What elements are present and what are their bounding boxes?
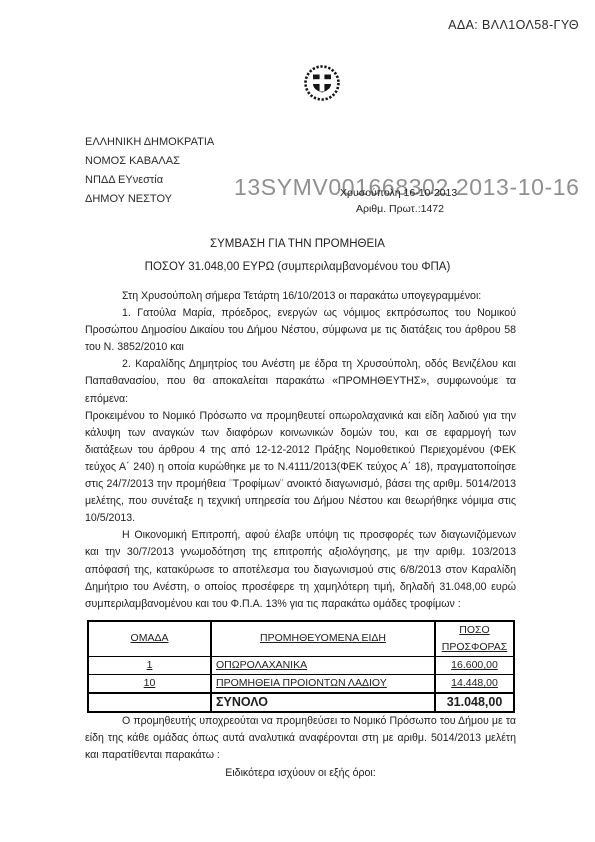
cell-total-label: ΣΥΝΟΛΟ <box>211 693 435 712</box>
cell-item-1: ΟΠΩΡΟΛΑΧΑΝΙΚΑ <box>211 656 435 674</box>
ada-code: ΑΔΑ: ΒΛΛ1ΟΛ58-ΓΥΘ <box>448 18 579 32</box>
issuer-line-republic: ΕΛΛΗΝΙΚΗ ΔΗΜΟΚΡΑΤΙΑ <box>85 133 214 152</box>
col-header-amount: ΠΟΣΟ ΠΡΟΣΦΟΡΑΣ <box>435 621 514 657</box>
issuer-line-prefecture: ΝΟΜΟΣ ΚΑΒΑΛΑΣ <box>85 152 214 171</box>
paragraph-preamble: Στη Χρυσούπολη σήμερα Τετάρτη 16/10/2013… <box>85 288 516 305</box>
place-and-date: Χρυσούπολη 16-10-2013 <box>340 187 457 199</box>
issuer-line-entity: ΝΠΔΔ ΕΥνεστία <box>85 171 214 190</box>
table-header-row: ΟΜΑΔΑ ΠΡΟΜΗΘΕΥΟΜΕΝΑ ΕΙΔΗ ΠΟΣΟ ΠΡΟΣΦΟΡΑΣ <box>88 621 514 657</box>
cell-total-empty <box>88 693 211 712</box>
cell-amount-2: 14.448,00 <box>435 675 514 694</box>
paragraph-terms-intro: Ειδικότερα ισχύουν οι εξής όροι: <box>85 765 516 782</box>
table-row: 10 ΠΡΟΜΗΘΕΙΑ ΠΡΟΙΟΝΤΩΝ ΛΑΔΙΟΥ 14.448,00 <box>88 675 514 694</box>
contract-body: Στη Χρυσούπολη σήμερα Τετάρτη 16/10/2013… <box>85 288 516 782</box>
paragraph-procurement-background: Προκειμένου το Νομικό Πρόσωπο να προμηθε… <box>85 408 516 528</box>
table-total-row: ΣΥΝΟΛΟ 31.048,00 <box>88 693 514 712</box>
issuer-line-municipality: ΔΗΜΟΥ ΝΕΣΤΟΥ <box>85 190 214 209</box>
paragraph-supplier-obligation: Ο προμηθευτής υποχρεούται να προμηθεύσει… <box>85 713 516 764</box>
cell-item-2: ΠΡΟΜΗΘΕΙΑ ΠΡΟΙΟΝΤΩΝ ΛΑΔΙΟΥ <box>211 675 435 694</box>
paragraph-committee-decision: Η Οικονομική Επιτροπή, αφού έλαβε υπόψη … <box>85 527 516 612</box>
col-header-group: ΟΜΑΔΑ <box>88 621 211 657</box>
paragraph-party-1: 1. Γατούλα Μαρία, πρόεδρος, ενεργών ως ν… <box>85 305 516 356</box>
col-header-items: ΠΡΟΜΗΘΕΥΟΜΕΝΑ ΕΙΔΗ <box>211 621 435 657</box>
cell-total-amount: 31.048,00 <box>435 693 514 712</box>
title-line-2: ΠΟΣΟΥ 31.048,00 ΕΥΡΩ (συμπεριλαμβανομένο… <box>0 256 595 279</box>
document-title: ΣΥΜΒΑΣΗ ΓΙΑ ΤΗΝ ΠΡΟΜΗΘΕΙΑ ΠΟΣΟΥ 31.048,0… <box>0 233 595 278</box>
paragraph-party-2: 2. Καραλίδης Δημητρίος του Ανέστη με έδρ… <box>85 356 516 407</box>
table-row: 1 ΟΠΩΡΟΛΑΧΑΝΙΚΑ 16.600,00 <box>88 656 514 674</box>
contract-document-page: ΑΔΑ: ΒΛΛ1ΟΛ58-ΓΥΘ ΕΛΛΗΝΙΚΗ ΔΗΜΟΚΡΑΤΙΑ ΝΟ… <box>0 0 595 842</box>
cell-group-2: 10 <box>88 675 211 694</box>
title-line-1: ΣΥΜΒΑΣΗ ΓΙΑ ΤΗΝ ΠΡΟΜΗΘΕΙΑ <box>0 233 595 256</box>
issuer-header: ΕΛΛΗΝΙΚΗ ΔΗΜΟΚΡΑΤΙΑ ΝΟΜΟΣ ΚΑΒΑΛΑΣ ΝΠΔΔ Ε… <box>85 133 214 209</box>
greek-coat-of-arms-icon <box>303 64 341 102</box>
cell-amount-1: 16.600,00 <box>435 656 514 674</box>
offer-table: ΟΜΑΔΑ ΠΡΟΜΗΘΕΥΟΜΕΝΑ ΕΙΔΗ ΠΟΣΟ ΠΡΟΣΦΟΡΑΣ … <box>87 620 515 713</box>
cell-group-1: 1 <box>88 656 211 674</box>
protocol-number: Αριθμ. Πρωτ.:1472 <box>356 203 444 215</box>
